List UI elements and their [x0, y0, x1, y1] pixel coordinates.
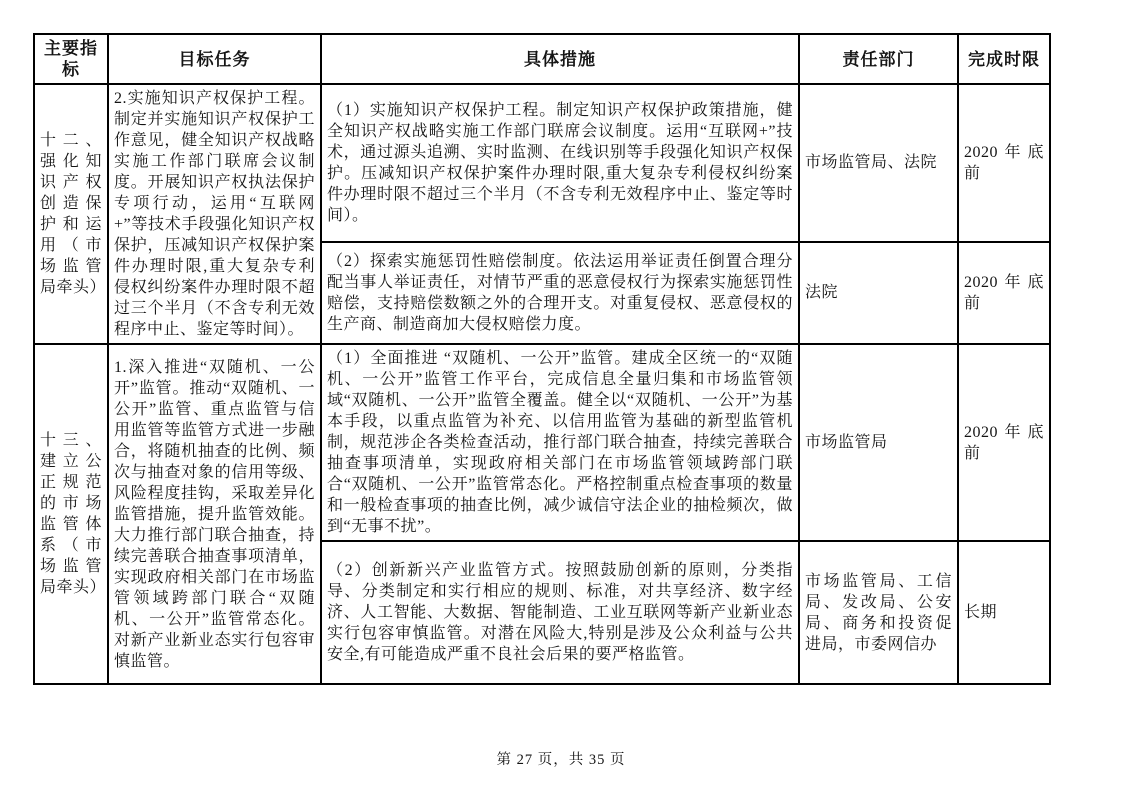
header-deadline: 完成时限: [958, 34, 1050, 84]
dept-cell-13-2: 市场监管局、工信局、发改局、公安局、商务和投资促进局，市委网信办: [799, 541, 958, 684]
dept-cell-13-1: 市场监管局: [799, 344, 958, 541]
header-target-task: 目标任务: [108, 34, 321, 84]
deadline-cell-12-1: 2020年底前: [958, 84, 1050, 242]
indicator-cell-13: 十三、建立公正规范的市场监管体系（市场监管局牵头）: [34, 344, 108, 684]
measure-cell-12-1: （1）实施知识产权保护工程。制定知识产权保护政策措施，健全知识产权战略实施工作部…: [321, 84, 799, 242]
table-header-row: 主要指标 目标任务 具体措施 责任部门 完成时限: [34, 34, 1050, 84]
measure-cell-13-1: （1）全面推进 “双随机、一公开”监管。建成全区统一的“双随机、一公开”监管工作…: [321, 344, 799, 541]
header-main-indicator: 主要指标: [34, 34, 108, 84]
dept-cell-12-2: 法院: [799, 242, 958, 344]
page-number: 第 27 页，共 35 页: [0, 748, 1122, 769]
deadline-cell-13-1: 2020年底前: [958, 344, 1050, 541]
deadline-cell-12-2: 2020年底前: [958, 242, 1050, 344]
measures-table: 主要指标 目标任务 具体措施 责任部门 完成时限 十二、强化知识产权创造保护和运…: [33, 33, 1051, 685]
measure-cell-13-2: （2）创新新兴产业监管方式。按照鼓励创新的原则，分类指导、分类制定和实行相应的规…: [321, 541, 799, 684]
measure-cell-12-2: （2）探索实施惩罚性赔偿制度。依法运用举证责任倒置合理分配当事人举证责任，对情节…: [321, 242, 799, 344]
indicator-cell-12: 十二、强化知识产权创造保护和运用（市场监管局牵头）: [34, 84, 108, 344]
table-row: 十三、建立公正规范的市场监管体系（市场监管局牵头） 1.深入推进“双随机、一公开…: [34, 344, 1050, 541]
header-responsible-dept: 责任部门: [799, 34, 958, 84]
task-cell-13: 1.深入推进“双随机、一公开”监管。推动“双随机、一公开”监管、重点监管与信用监…: [108, 344, 321, 684]
deadline-cell-13-2: 长期: [958, 541, 1050, 684]
table-row: 十二、强化知识产权创造保护和运用（市场监管局牵头） 2.实施知识产权保护工程。制…: [34, 84, 1050, 242]
header-specific-measures: 具体措施: [321, 34, 799, 84]
task-cell-12: 2.实施知识产权保护工程。制定并实施知识产权保护工作意见，健全知识产权战略实施工…: [108, 84, 321, 344]
dept-cell-12-1: 市场监管局、法院: [799, 84, 958, 242]
